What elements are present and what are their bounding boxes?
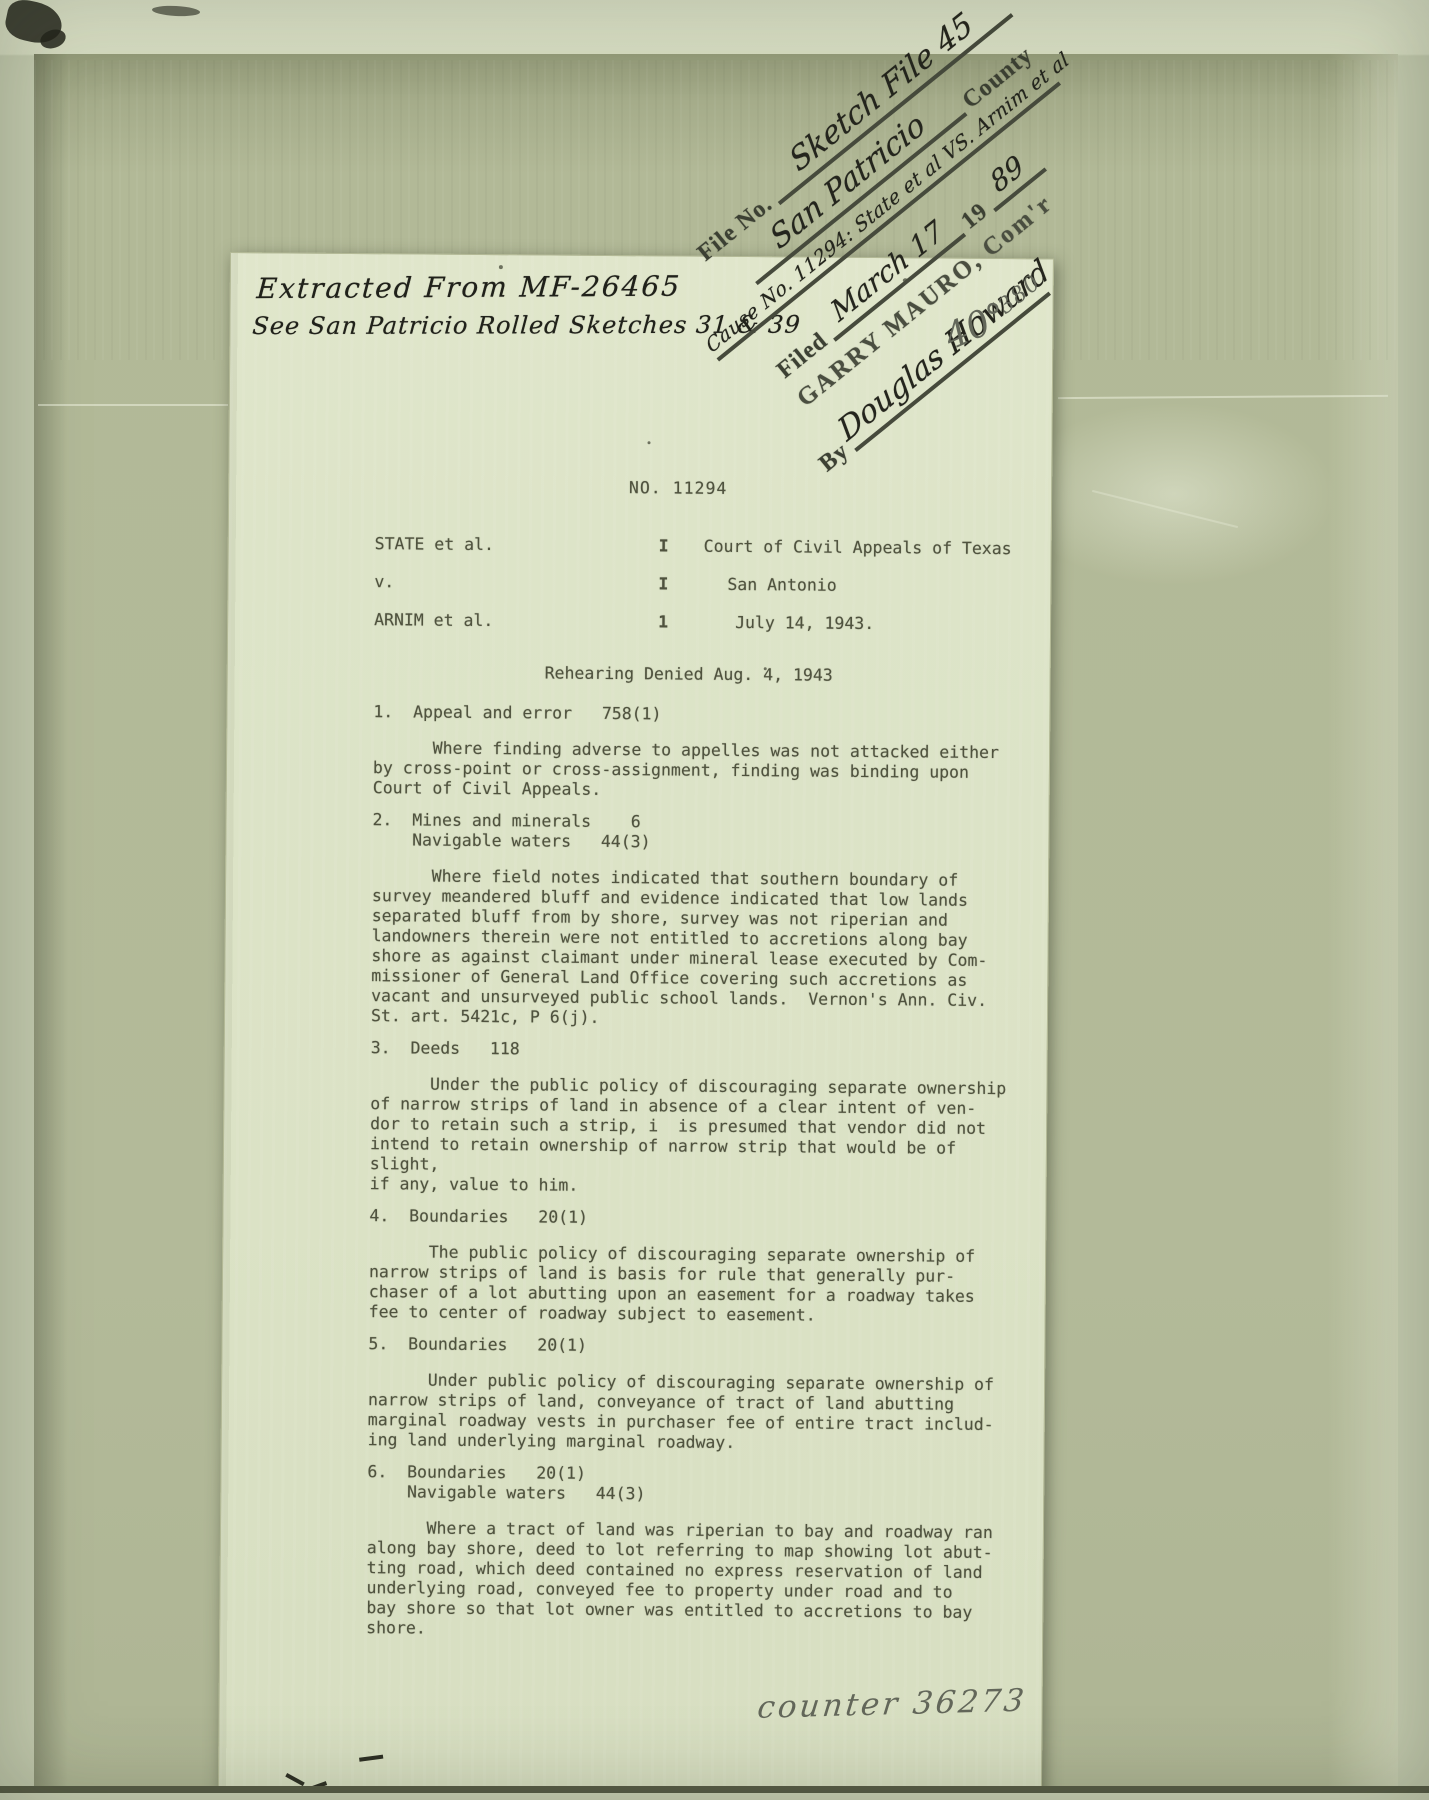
typed-syllabus: NO. 11294 STATE et al. I Court of Civil … bbox=[366, 476, 1035, 1655]
headnote-section: 3. Deeds 118 Under the public policy of … bbox=[370, 1038, 1031, 1199]
caption-court: San Antonio bbox=[703, 575, 836, 596]
headnote-body: Under the public policy of discouraging … bbox=[370, 1074, 1031, 1199]
caption-court: Court of Civil Appeals of Texas bbox=[704, 537, 1012, 559]
caption-separator: I bbox=[658, 574, 703, 594]
scanned-archive-page: Extracted From MF-26465 See San Patricio… bbox=[0, 0, 1429, 1800]
caption-separator: I bbox=[659, 536, 704, 556]
headnote-heading: 1. Appeal and error 758(1) bbox=[373, 702, 1033, 727]
headnote-body: Where finding adverse to appelles was no… bbox=[373, 738, 1033, 803]
headnote-section: 2. Mines and minerals 6 Navigable waters… bbox=[371, 810, 1033, 1031]
headnote-section: 1. Appeal and error 758(1) Where finding… bbox=[373, 702, 1034, 803]
corner-mark bbox=[285, 1773, 304, 1786]
headnote-body: Where a tract of land was riperian to ba… bbox=[366, 1518, 1027, 1643]
ink-speck bbox=[499, 265, 503, 269]
caption-party: ARNIM et al. bbox=[374, 610, 658, 632]
headnote-heading: 3. Deeds 118 bbox=[371, 1038, 1031, 1063]
headnote-heading: 2. Mines and minerals 6 Navigable waters… bbox=[372, 810, 1032, 855]
headnote-heading: 4. Boundaries 20(1) bbox=[369, 1206, 1029, 1231]
caption-separator: 1 bbox=[658, 612, 703, 632]
corner-mark bbox=[359, 1755, 383, 1762]
headnote-section: 5. Boundaries 20(1) Under public policy … bbox=[368, 1334, 1029, 1455]
caption-party: v. bbox=[374, 572, 658, 594]
headnote-section: 4. Boundaries 20(1) The public policy of… bbox=[369, 1206, 1030, 1327]
film-bottom-strip bbox=[0, 1793, 1429, 1800]
document-sheet: Extracted From MF-26465 See San Patricio… bbox=[218, 252, 1054, 1800]
headnote-body: Where field notes indicated that souther… bbox=[371, 866, 1032, 1031]
caption-row: STATE et al. I Court of Civil Appeals of… bbox=[375, 534, 1035, 559]
film-bottom-edge bbox=[0, 1786, 1429, 1793]
headnote-heading: 5. Boundaries 20(1) bbox=[368, 1334, 1028, 1359]
case-caption: STATE et al. I Court of Civil Appeals of… bbox=[374, 534, 1035, 635]
headnote-heading: 6. Boundaries 20(1) Navigable waters 44(… bbox=[367, 1462, 1027, 1507]
pencil-counter-number: counter 36273 bbox=[756, 1683, 1029, 1726]
film-blotch bbox=[152, 5, 200, 17]
caption-date: July 14, 1943. bbox=[703, 613, 874, 634]
case-number: NO. 11294 bbox=[375, 476, 1035, 501]
headnote-section: 6. Boundaries 20(1) Navigable waters 44(… bbox=[366, 1462, 1027, 1643]
headnote-body: The public policy of discouraging separa… bbox=[369, 1242, 1030, 1327]
scratch-mark bbox=[38, 404, 228, 406]
rehearing-line: Rehearing Denied Aug. 4, 1943 bbox=[374, 662, 1034, 687]
headnote-body: Under public policy of discouraging sepa… bbox=[368, 1370, 1029, 1455]
caption-party: STATE et al. bbox=[375, 534, 659, 556]
ink-speck bbox=[648, 441, 651, 444]
caption-row: v. I San Antonio bbox=[374, 572, 1034, 597]
caption-row: ARNIM et al. 1 July 14, 1943. bbox=[374, 610, 1034, 635]
